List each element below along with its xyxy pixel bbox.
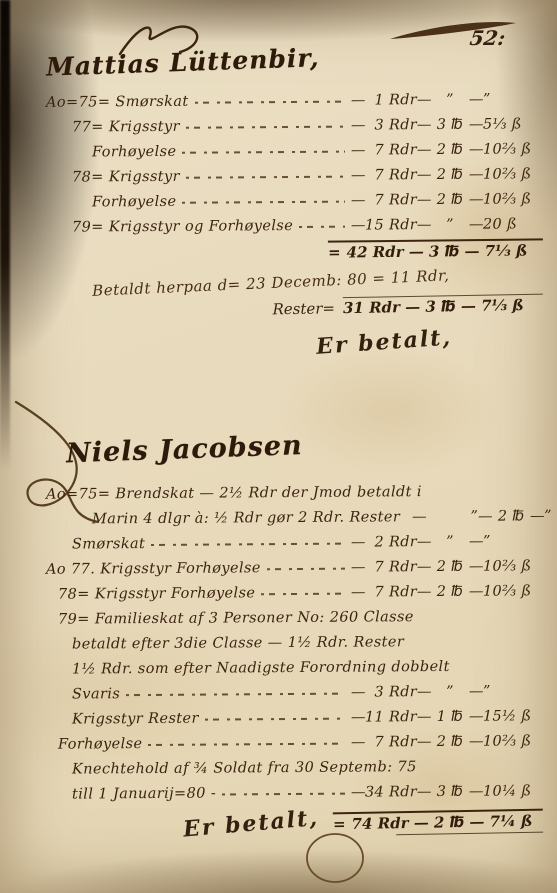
amount-skilling: 10⅔ ß [483, 554, 529, 579]
dotted-leader [126, 692, 345, 697]
ledger-row: betaldt efter 3die Classe — 1½ Rdr. Rest… [46, 629, 543, 657]
amount-rigsdaler: 3 Rdr [365, 113, 417, 138]
dash-separator: — [351, 706, 365, 731]
dash-separator: — [351, 556, 365, 581]
dotted-leader [186, 125, 345, 129]
row-label: Ao=75= Smørskat [46, 90, 189, 116]
dotted-leader [267, 567, 345, 571]
dash-separator: — [469, 88, 483, 113]
dotted-leader [222, 792, 345, 796]
ledger-rows: Ao=75= Brendskat — 2½ Rdr der Jmod betal… [46, 481, 543, 806]
amount-mark: 3 ℔ [431, 780, 469, 805]
amount-mark: ” [431, 680, 469, 705]
rester-amount: 31 Rdr — 3 ℔ — 7⅓ ß [343, 296, 524, 317]
amount-skilling: ” [483, 87, 529, 112]
ledger-section-niels: Niels Jacobsen Ao=75= Brendskat — 2½ Rdr… [46, 430, 543, 838]
equals-sign: = [333, 815, 346, 833]
row-label: Marin 4 dlgr à: ½ Rdr gør 2 Rdr. Rester [92, 505, 400, 532]
amount-skilling: 10¼ ß [483, 779, 529, 804]
amount-rigsdaler: 3 Rdr [365, 680, 417, 705]
dash-separator: — [469, 555, 483, 580]
dash-separator: — [417, 88, 431, 113]
dash-separator: — [469, 163, 483, 188]
amount-skilling: 10⅔ ß [483, 187, 529, 212]
amount-rigsdaler: 1 Rdr [365, 88, 417, 113]
total-rule-bottom [396, 832, 543, 836]
dash-separator: — [351, 164, 365, 189]
ledger-row: 79= Familieskat af 3 Personer No: 260 Cl… [46, 604, 543, 632]
manuscript-page: 52: Mattias Lüttenbir, Ao=75= Smørskat —… [0, 0, 557, 893]
row-label: Ao 77. Krigsstyr Forhøyelse [46, 556, 261, 582]
row-label: Knechtehold af ¾ Soldat fra 30 Septemb: … [72, 755, 417, 782]
dash-separator: — [469, 138, 483, 163]
ledger-row: 77= Krigsstyr — 3 Rdr — 3 ℔ — 5⅓ ß [46, 112, 543, 140]
row-label: till 1 Januarij=80 - [72, 782, 216, 808]
amount-mark: 2 ℔ [431, 188, 469, 213]
dash-separator: — [417, 530, 431, 555]
row-amounts: — 7 Rdr — 2 ℔ — 10⅔ ß [351, 137, 543, 163]
row-label: betaldt efter 3die Classe — 1½ Rdr. Rest… [72, 630, 404, 657]
dotted-leader [182, 150, 345, 154]
ledger-row: Forhøyelse — 7 Rdr — 2 ℔ — 10⅔ ß [46, 729, 543, 757]
dash-separator: — [417, 580, 431, 605]
dash-separator: — [478, 505, 492, 530]
row-amounts: — 2 Rdr — ” — ” [351, 529, 543, 555]
amount-skilling: 15½ ß [483, 704, 529, 729]
dash-separator: — [417, 705, 431, 730]
amount-mark: ” [431, 530, 469, 555]
row-amounts: — 7 Rdr — 2 ℔ — 10⅔ ß [351, 162, 543, 188]
dash-separator: — [351, 114, 365, 139]
ledger-row: Svaris — 3 Rdr — ” — ” [46, 679, 543, 707]
amount-rigsdaler: 2 Rdr [365, 530, 417, 555]
ledger-row: Ao=75= Brendskat — 2½ Rdr der Jmod betal… [46, 479, 543, 507]
dash-separator: — [417, 730, 431, 755]
row-label: Forhøyelse [58, 732, 143, 758]
row-label: 79= Familieskat af 3 Personer No: 260 Cl… [58, 605, 414, 632]
amount-mark: ” [431, 88, 469, 113]
dotted-leader [299, 225, 345, 228]
dash-separator: — [351, 531, 365, 556]
ledger-row: 78= Krigsstyr — 7 Rdr — 2 ℔ — 10⅔ ß [46, 162, 543, 190]
amount-rigsdaler: 15 Rdr [365, 213, 417, 238]
dash-separator: — [417, 213, 431, 238]
amount-rigsdaler: 7 Rdr [365, 138, 417, 163]
dash-separator: — [417, 780, 431, 805]
dash-separator: — [351, 681, 365, 706]
dotted-leader [151, 542, 345, 546]
dotted-leader [205, 717, 345, 721]
amount-rigsdaler: 7 Rdr [365, 580, 417, 605]
ledger-section-mattias: Mattias Lüttenbir, Ao=75= Smørskat — 1 R… [46, 44, 543, 352]
row-amounts: — 34 Rdr — 3 ℔ — 10¼ ß [351, 779, 543, 805]
amount-rigsdaler: 7 Rdr [365, 163, 417, 188]
amount-rigsdaler: 7 Rdr [365, 555, 417, 580]
row-label: 1½ Rdr. som efter Naadigste Forordning d… [72, 655, 450, 683]
row-amounts: — 7 Rdr — 2 ℔ — 10⅔ ß [351, 729, 543, 755]
dash-separator: — [469, 705, 483, 730]
row-amounts: — 1 Rdr — ” — ” [351, 87, 543, 113]
dash-separator: — [351, 581, 365, 606]
amount-mark: 2 ℔ [431, 555, 469, 580]
row-amounts: — 11 Rdr — 1 ℔ — 15½ ß [351, 704, 543, 730]
ledger-row: Forhøyelse — 7 Rdr — 2 ℔ — 10⅔ ß [46, 137, 543, 165]
dash-separator: — [351, 214, 365, 239]
amount-skilling: 5⅓ ß [483, 112, 529, 137]
total-amount: 74 Rdr — 2 ℔ — 7¼ ß [351, 812, 532, 833]
dash-separator: — [351, 189, 365, 214]
dash-separator: — [469, 530, 483, 555]
dash-separator: — [351, 781, 365, 806]
amount-mark: 1 ℔ [431, 705, 469, 730]
amount-rigsdaler: 34 Rdr [365, 780, 417, 805]
amount-skilling: ” [544, 504, 557, 529]
dash-separator: — [530, 504, 544, 529]
ledger-row: Knechtehold af ¾ Soldat fra 30 Septemb: … [46, 754, 543, 782]
dash-separator: — [417, 138, 431, 163]
ledger-rows: Ao=75= Smørskat — 1 Rdr — ” — ” 77= Krig… [46, 89, 543, 239]
row-amounts: — 15 Rdr — ” — 20 ß [351, 212, 543, 238]
dash-separator: — [469, 680, 483, 705]
row-label: 78= Krigsstyr [72, 165, 180, 191]
amount-mark: 2 ℔ [431, 163, 469, 188]
amount-skilling: ” [483, 529, 529, 554]
amount-mark: 2 ℔ [431, 138, 469, 163]
row-amounts: — 3 Rdr — 3 ℔ — 5⅓ ß [351, 112, 543, 138]
ledger-row: Ao=75= Smørskat — 1 Rdr — ” — ” [46, 87, 543, 115]
ledger-row: Smørskat — 2 Rdr — ” — ” [46, 529, 543, 557]
amount-skilling: 10⅔ ß [483, 162, 529, 187]
ledger-row: Marin 4 dlgr à: ½ Rdr gør 2 Rdr. Rester … [46, 504, 543, 532]
dash-separator: — [351, 731, 365, 756]
amount-skilling: ” [483, 679, 529, 704]
dash-separator: — [417, 113, 431, 138]
rester-label: Rester= [272, 299, 335, 318]
dash-separator: — [469, 730, 483, 755]
dash-separator: — [351, 139, 365, 164]
dotted-leader [148, 742, 345, 746]
amount-mark: 2 ℔ [492, 504, 530, 529]
amount-skilling: 10⅔ ß [483, 137, 529, 162]
row-label: 79= Krigsstyr og Forhøyelse [72, 214, 293, 241]
dash-separator: — [351, 89, 365, 114]
dash-separator: — [417, 680, 431, 705]
row-amounts: — 7 Rdr — 2 ℔ — 10⅔ ß [351, 579, 543, 605]
binding-shadow [0, 0, 10, 470]
ledger-row: Ao 77. Krigsstyr Forhøyelse — 7 Rdr — 2 … [46, 554, 543, 582]
grand-total-line: Er betalt, = 74 Rdr — 2 ℔ — 7¼ ß [46, 806, 543, 843]
row-amounts: — 7 Rdr — 2 ℔ — 10⅔ ß [351, 554, 543, 580]
dash-separator: — [412, 505, 426, 530]
row-label: Forhøyelse [92, 190, 177, 216]
dotted-leader [182, 200, 345, 204]
section-sum: = 42 Rdr — 3 ℔ — 7⅓ ß [46, 236, 543, 264]
amount-rigsdaler: 7 Rdr [365, 730, 417, 755]
ledger-row: Krigsstyr Rester — 11 Rdr — 1 ℔ — 15½ ß [46, 704, 543, 732]
amount-rigsdaler: ” [426, 505, 478, 530]
row-label: Svaris [72, 682, 120, 707]
ledger-row: Forhøyelse — 7 Rdr — 2 ℔ — 10⅔ ß [46, 187, 543, 215]
amount-mark: 2 ℔ [431, 730, 469, 755]
ledger-row: 1½ Rdr. som efter Naadigste Forordning d… [46, 654, 543, 682]
ledger-row: 78= Krigsstyr Forhøyelse — 7 Rdr — 2 ℔ —… [46, 579, 543, 607]
row-label: Smørskat [72, 532, 145, 558]
amount-skilling: 10⅔ ß [483, 729, 529, 754]
row-amounts: — 7 Rdr — 2 ℔ — 10⅔ ß [351, 187, 543, 213]
dotted-leader [261, 592, 345, 596]
dotted-leader [186, 175, 345, 179]
row-amounts: — 3 Rdr — ” — ” [351, 679, 543, 705]
dash-separator: — [417, 555, 431, 580]
amount-skilling: 10⅔ ß [483, 579, 529, 604]
row-label: Krigsstyr Rester [72, 707, 199, 733]
dash-separator: — [469, 213, 483, 238]
row-label: 78= Krigsstyr Forhøyelse [58, 581, 256, 607]
row-label: Ao=75= Brendskat — 2½ Rdr der Jmod betal… [46, 480, 422, 508]
dash-separator: — [469, 113, 483, 138]
dash-separator: — [417, 163, 431, 188]
dotted-leader [195, 100, 345, 104]
row-label: Forhøyelse [92, 140, 177, 166]
equals-sign: = [328, 244, 341, 262]
dash-separator: — [469, 780, 483, 805]
dash-separator: — [417, 188, 431, 213]
amount-rigsdaler: 7 Rdr [365, 188, 417, 213]
closing-remark: Er betalt, [182, 805, 320, 843]
amount-mark: 2 ℔ [431, 580, 469, 605]
sum-amount: 42 Rdr — 3 ℔ — 7⅓ ß [347, 242, 528, 262]
amount-skilling: 20 ß [483, 212, 529, 237]
ledger-row: till 1 Januarij=80 - — 34 Rdr — 3 ℔ — 10… [46, 779, 543, 807]
amount-mark: 3 ℔ [431, 113, 469, 138]
dash-separator: — [469, 580, 483, 605]
row-amounts: — ” — 2 ℔ — ” [412, 504, 557, 530]
row-label: 77= Krigsstyr [72, 115, 180, 141]
dash-separator: — [469, 188, 483, 213]
amount-rigsdaler: 11 Rdr [365, 705, 417, 730]
amount-mark: ” [431, 213, 469, 238]
